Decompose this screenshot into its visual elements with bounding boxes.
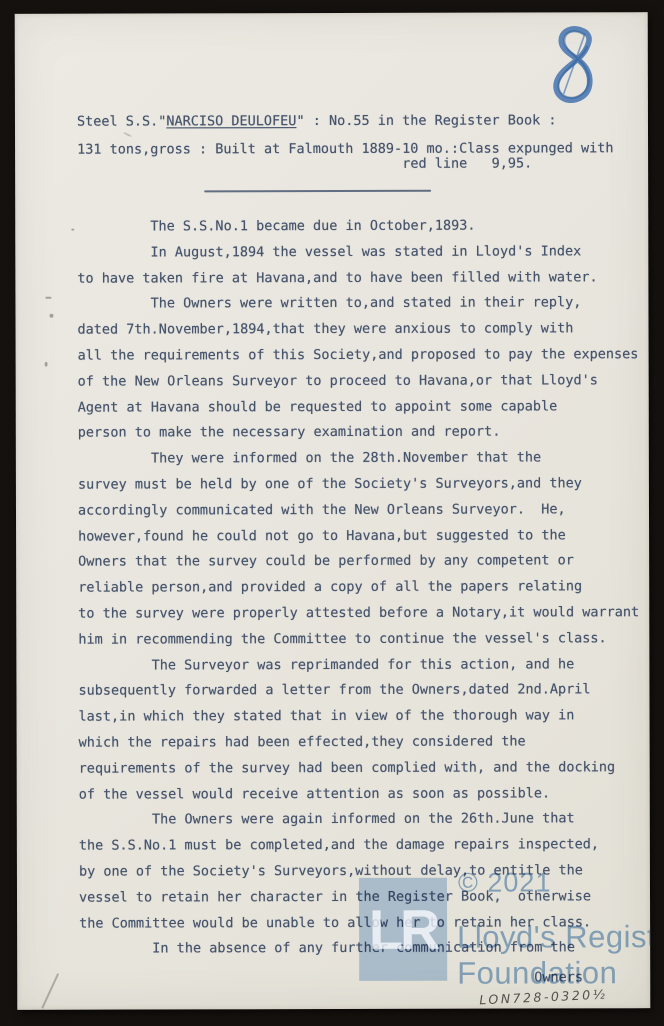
header-divider-rule xyxy=(204,190,431,193)
body-line: requirements of the survey had been comp… xyxy=(79,755,651,782)
watermark-lloyds-register: Lloyd's Register xyxy=(457,919,650,956)
handwritten-page-number xyxy=(535,22,615,114)
body-line: subsequently forwarded a letter from the… xyxy=(78,677,650,704)
body-line: of the vessel would receive attention as… xyxy=(79,781,651,808)
body-line: to have taken fire at Havana,and to have… xyxy=(77,265,650,292)
body-line: person to make the necessary examination… xyxy=(78,420,651,447)
body-line: the S.S.No.1 must be completed,and the d… xyxy=(79,832,650,859)
body-line: The Surveyor was reprimanded for this ac… xyxy=(78,652,650,679)
header-line-1: Steel S.S."NARCISO DEULOFEU" : No.55 in … xyxy=(77,112,557,129)
header-line-3: red line 9,95. xyxy=(77,155,532,172)
paper-speck xyxy=(45,362,48,367)
paper-speck xyxy=(49,314,53,318)
paper-speck xyxy=(45,297,51,299)
body-line: which the repairs had been effected,they… xyxy=(79,729,651,756)
paper-speck xyxy=(71,229,74,231)
body-line: They were informed on the 28th.November … xyxy=(78,445,650,472)
crayon-eight-icon xyxy=(535,22,615,114)
body-line: Owners that the survey could be performe… xyxy=(78,549,650,576)
body-line: all the requirements of this Society,and… xyxy=(78,342,651,369)
document-body: The S.S.No.1 became due in October,1893.… xyxy=(77,213,650,963)
body-line: Agent at Havana should be requested to a… xyxy=(78,394,651,421)
body-line: The S.S.No.1 became due in October,1893. xyxy=(77,213,650,240)
body-line: however,found he could not go to Havana,… xyxy=(78,523,650,550)
watermark-copyright: © 2021 xyxy=(458,867,552,898)
body-line: of the New Orleans Surveyor to proceed t… xyxy=(78,368,651,395)
paper-speck xyxy=(123,132,132,138)
document-page: Steel S.S."NARCISO DEULOFEU" : No.55 in … xyxy=(15,12,651,1010)
body-line: to the survey were properly attested bef… xyxy=(78,600,650,627)
body-line: dated 7th.November,1894,that they were a… xyxy=(77,316,650,343)
header-prefix: Steel S.S." xyxy=(77,113,166,129)
lloyds-register-logo-letters: LR xyxy=(359,878,447,981)
header-suffix: " : No.55 in the Register Book : xyxy=(296,112,556,129)
body-line: him in recommending the Committee to con… xyxy=(78,626,650,653)
body-line: accordingly communicated with the New Or… xyxy=(78,497,650,524)
body-line: reliable person,and provided a copy of a… xyxy=(78,574,650,601)
paper-fold-line xyxy=(41,973,58,1008)
body-line: The Owners were again informed on the 26… xyxy=(79,806,651,833)
body-line: survey must be held by one of the Societ… xyxy=(78,471,650,498)
body-line: The Owners were written to,and stated in… xyxy=(77,291,650,318)
body-line: In August,1894 the vessel was stated in … xyxy=(77,239,650,266)
body-line: last,in which they stated that in view o… xyxy=(79,703,651,730)
scanned-document-photo: { "document": { "page_number_annotation"… xyxy=(0,0,664,1026)
ship-name: NARCISO DEULOFEU xyxy=(166,113,296,129)
